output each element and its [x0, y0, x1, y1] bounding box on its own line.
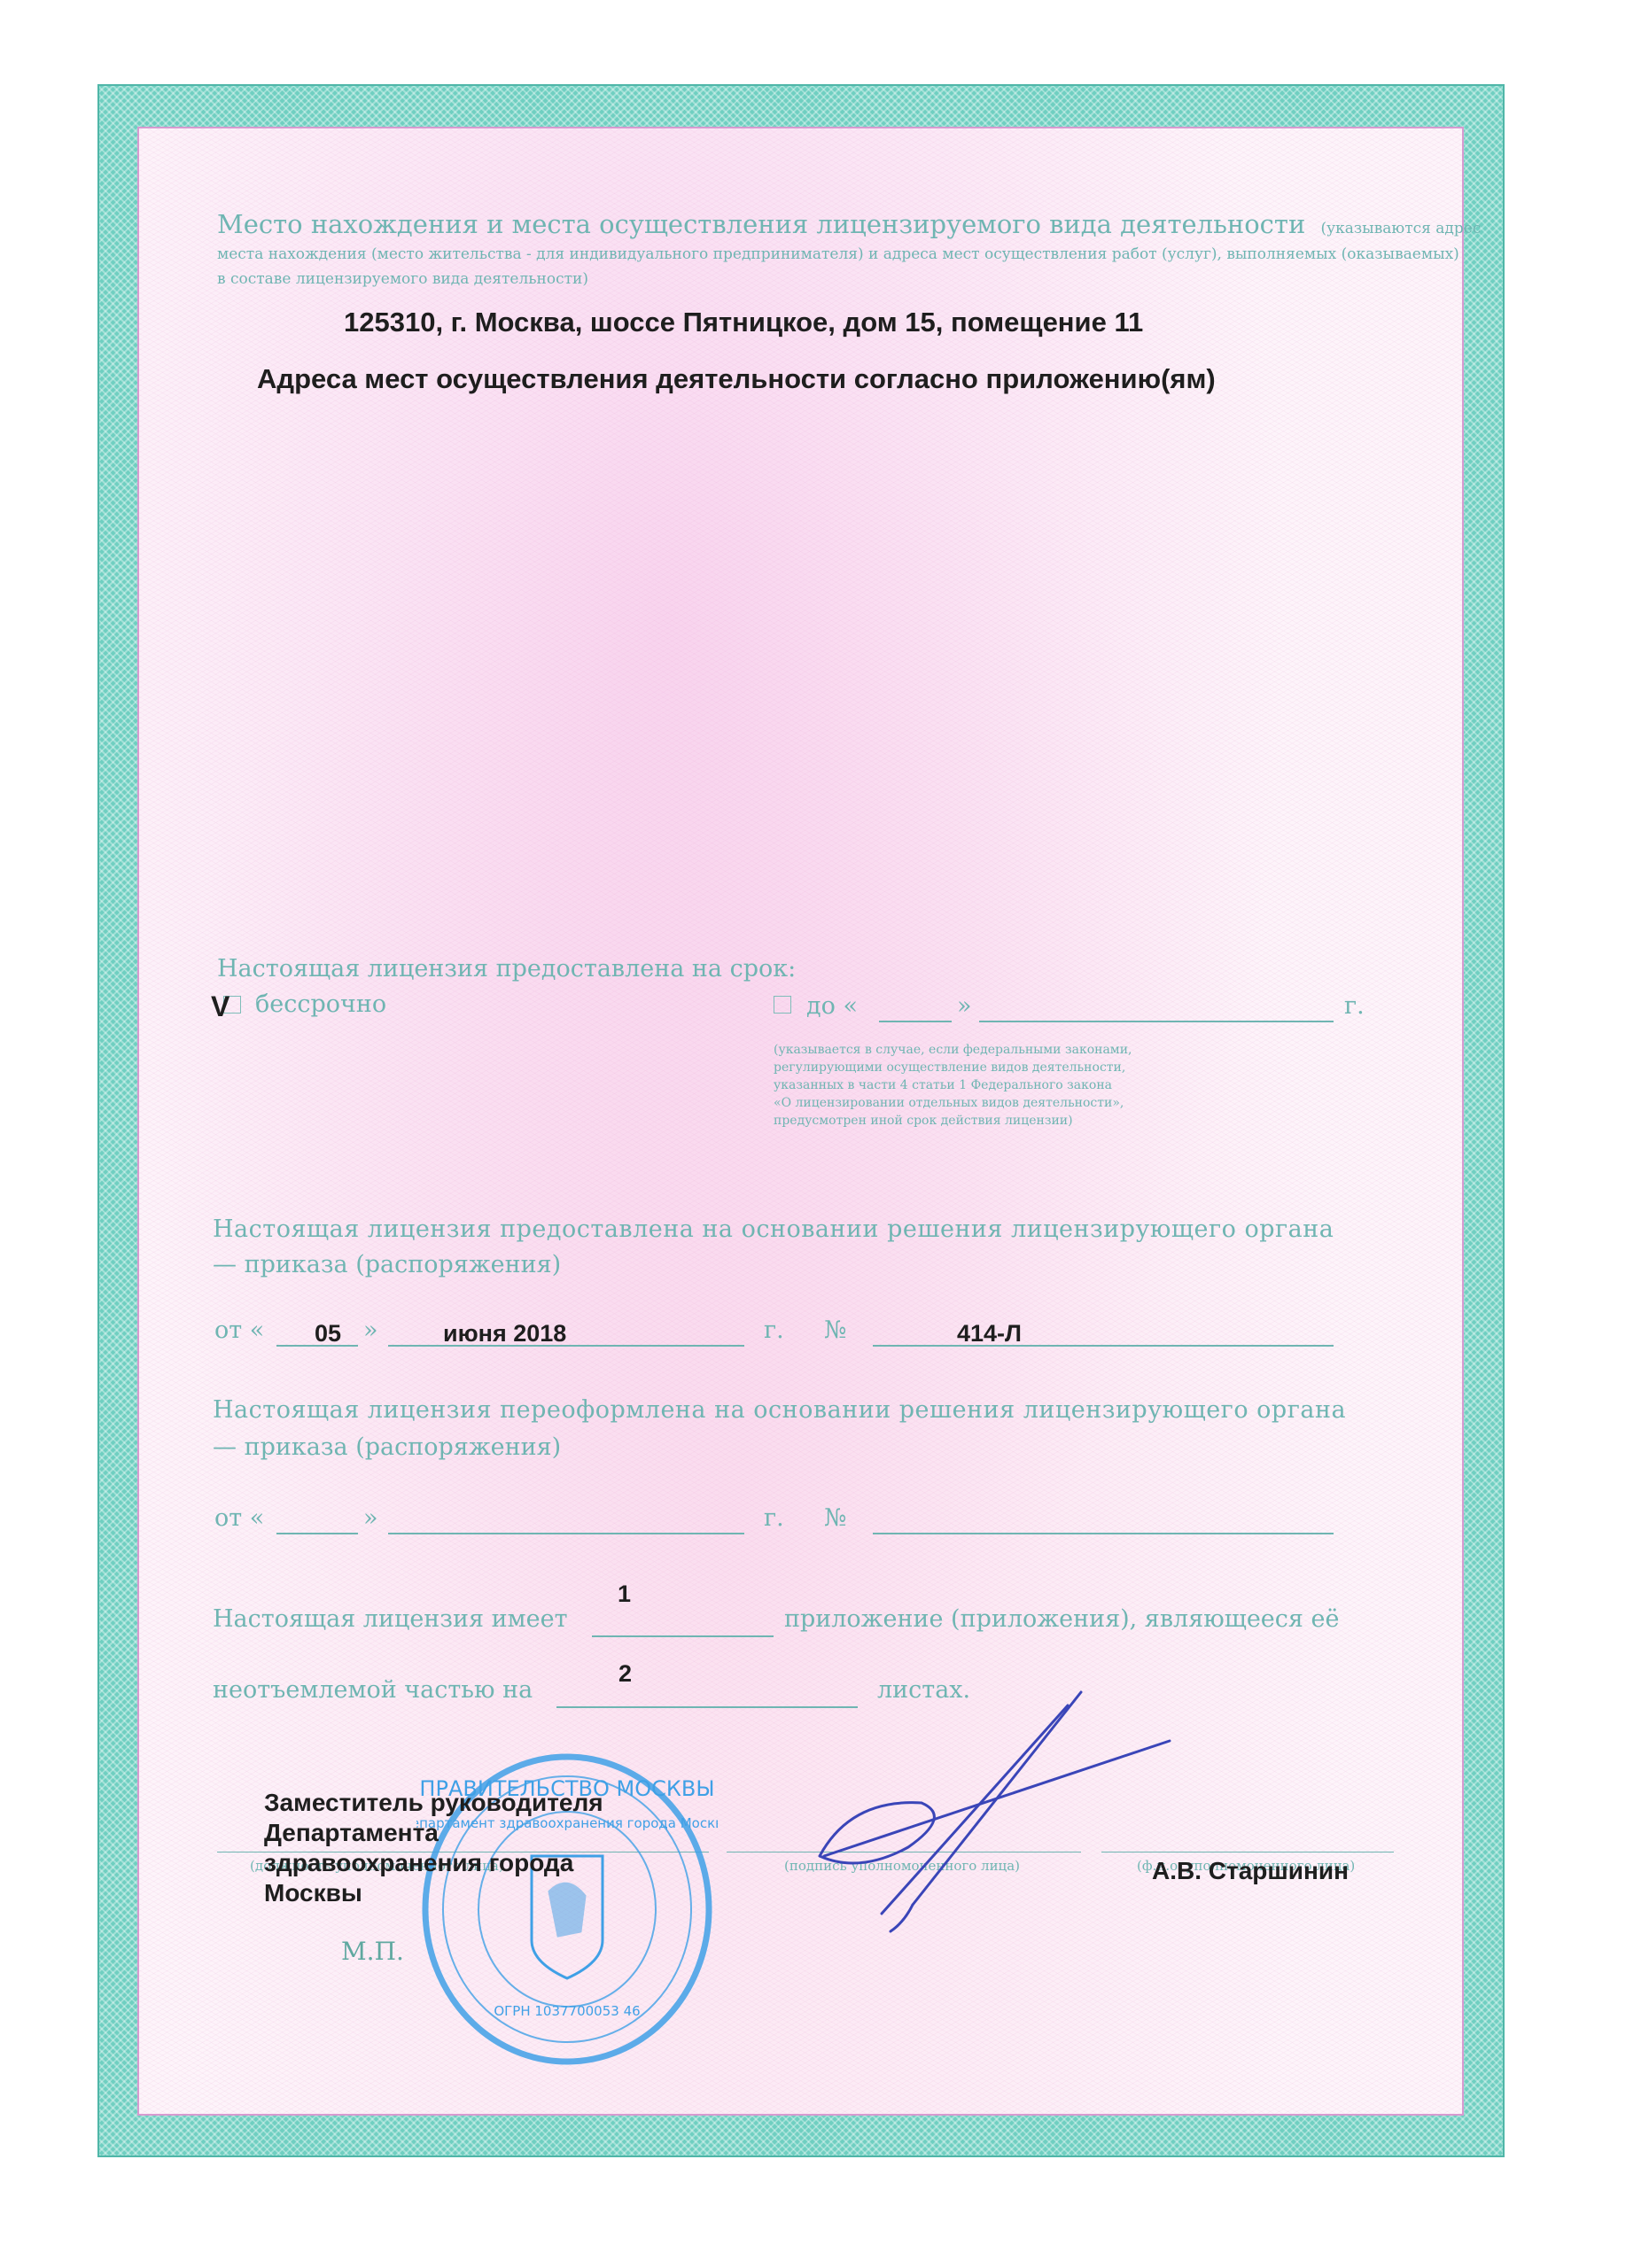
address-value: 125310, г. Москва, шоссе Пятницкое, дом … — [344, 307, 1143, 338]
until-checkbox[interactable] — [774, 996, 791, 1014]
reissued-line-2: — приказа (распоряжения) — [213, 1433, 561, 1461]
appendix-count-field[interactable] — [592, 1635, 774, 1637]
reissued-from-label: от « — [214, 1504, 264, 1532]
reissued-year-suffix: г. — [764, 1504, 784, 1532]
reissued-close-quote: » — [363, 1504, 378, 1532]
until-close-quote: » — [957, 992, 972, 1020]
granted-from-label: от « — [214, 1317, 264, 1344]
term-heading: Настоящая лицензия предоставлена на срок… — [217, 955, 796, 983]
term-note-line: предусмотрен иной срок действия лицензии… — [774, 1112, 1132, 1130]
reissued-month-year-field[interactable] — [388, 1533, 744, 1534]
reissued-day-field[interactable] — [276, 1533, 358, 1534]
position-line-text: Департамента — [264, 1818, 603, 1848]
term-note: (указывается в случае, если федеральными… — [774, 1041, 1132, 1130]
sheets-count-value: 2 — [618, 1660, 632, 1688]
position-line-text: здравоохранения города — [264, 1848, 603, 1878]
granted-close-quote: » — [363, 1317, 378, 1344]
position-line-text: Заместитель руководителя — [264, 1788, 603, 1818]
until-year-suffix: г. — [1344, 992, 1365, 1020]
location-heading-text: Место нахождения и места осуществления л… — [217, 209, 1305, 239]
appendix-count-value: 1 — [618, 1581, 631, 1608]
location-note-3: в составе лицензируемого вида деятельнос… — [217, 268, 588, 291]
until-label: до « — [806, 992, 858, 1020]
reissued-number-label: № — [824, 1504, 847, 1532]
granted-line-2: — приказа (распоряжения) — [213, 1251, 561, 1278]
stamp-ogrn-text: ОГРН 1037700053 46 — [494, 2003, 640, 2019]
indefinite-label: бессрочно — [255, 990, 386, 1018]
handwritten-signature — [797, 1674, 1205, 1949]
granted-number-value: 414-Л — [957, 1320, 1022, 1348]
reissued-line-1: Настоящая лицензия переоформлена на осно… — [213, 1396, 1346, 1424]
granted-number-field[interactable] — [873, 1345, 1334, 1347]
appendix-line-2-prefix: неотъемлемой частью на — [213, 1676, 533, 1704]
term-note-line: (указывается в случае, если федеральными… — [774, 1041, 1132, 1059]
check-mark-icon: V — [211, 990, 229, 1023]
signatory-name: А.В. Старшинин — [1152, 1857, 1349, 1885]
granted-day-value: 05 — [315, 1320, 341, 1348]
location-note-2: места нахождения (место жительства - для… — [217, 243, 1459, 267]
activity-addresses-value: Адреса мест осуществления деятельности с… — [257, 363, 1216, 395]
granted-year-suffix: г. — [764, 1317, 784, 1344]
position-line-text: Москвы — [264, 1878, 603, 1908]
location-note-1: (указываются адрес — [1321, 220, 1482, 237]
location-heading: Место нахождения и места осуществления л… — [217, 209, 1481, 241]
term-note-line: регулирующими осуществление видов деятел… — [774, 1059, 1132, 1076]
term-note-line: указанных в части 4 статьи 1 Федеральног… — [774, 1076, 1132, 1094]
appendix-line-1-prefix: Настоящая лицензия имеет — [213, 1605, 568, 1633]
granted-number-label: № — [824, 1317, 847, 1344]
reissued-number-field[interactable] — [873, 1533, 1334, 1534]
granted-line-1: Настоящая лицензия предоставлена на осно… — [213, 1216, 1334, 1243]
until-day-field[interactable] — [879, 1021, 952, 1022]
appendix-line-1-suffix: приложение (приложения), являющееся её — [784, 1605, 1339, 1633]
seal-label: М.П. — [341, 1937, 404, 1966]
signatory-position: Заместитель руководителя Департамента зд… — [264, 1788, 603, 1908]
term-note-line: «О лицензировании отдельных видов деятел… — [774, 1094, 1132, 1112]
until-month-year-field[interactable] — [979, 1021, 1334, 1022]
granted-month-year-value: июня 2018 — [443, 1320, 566, 1348]
